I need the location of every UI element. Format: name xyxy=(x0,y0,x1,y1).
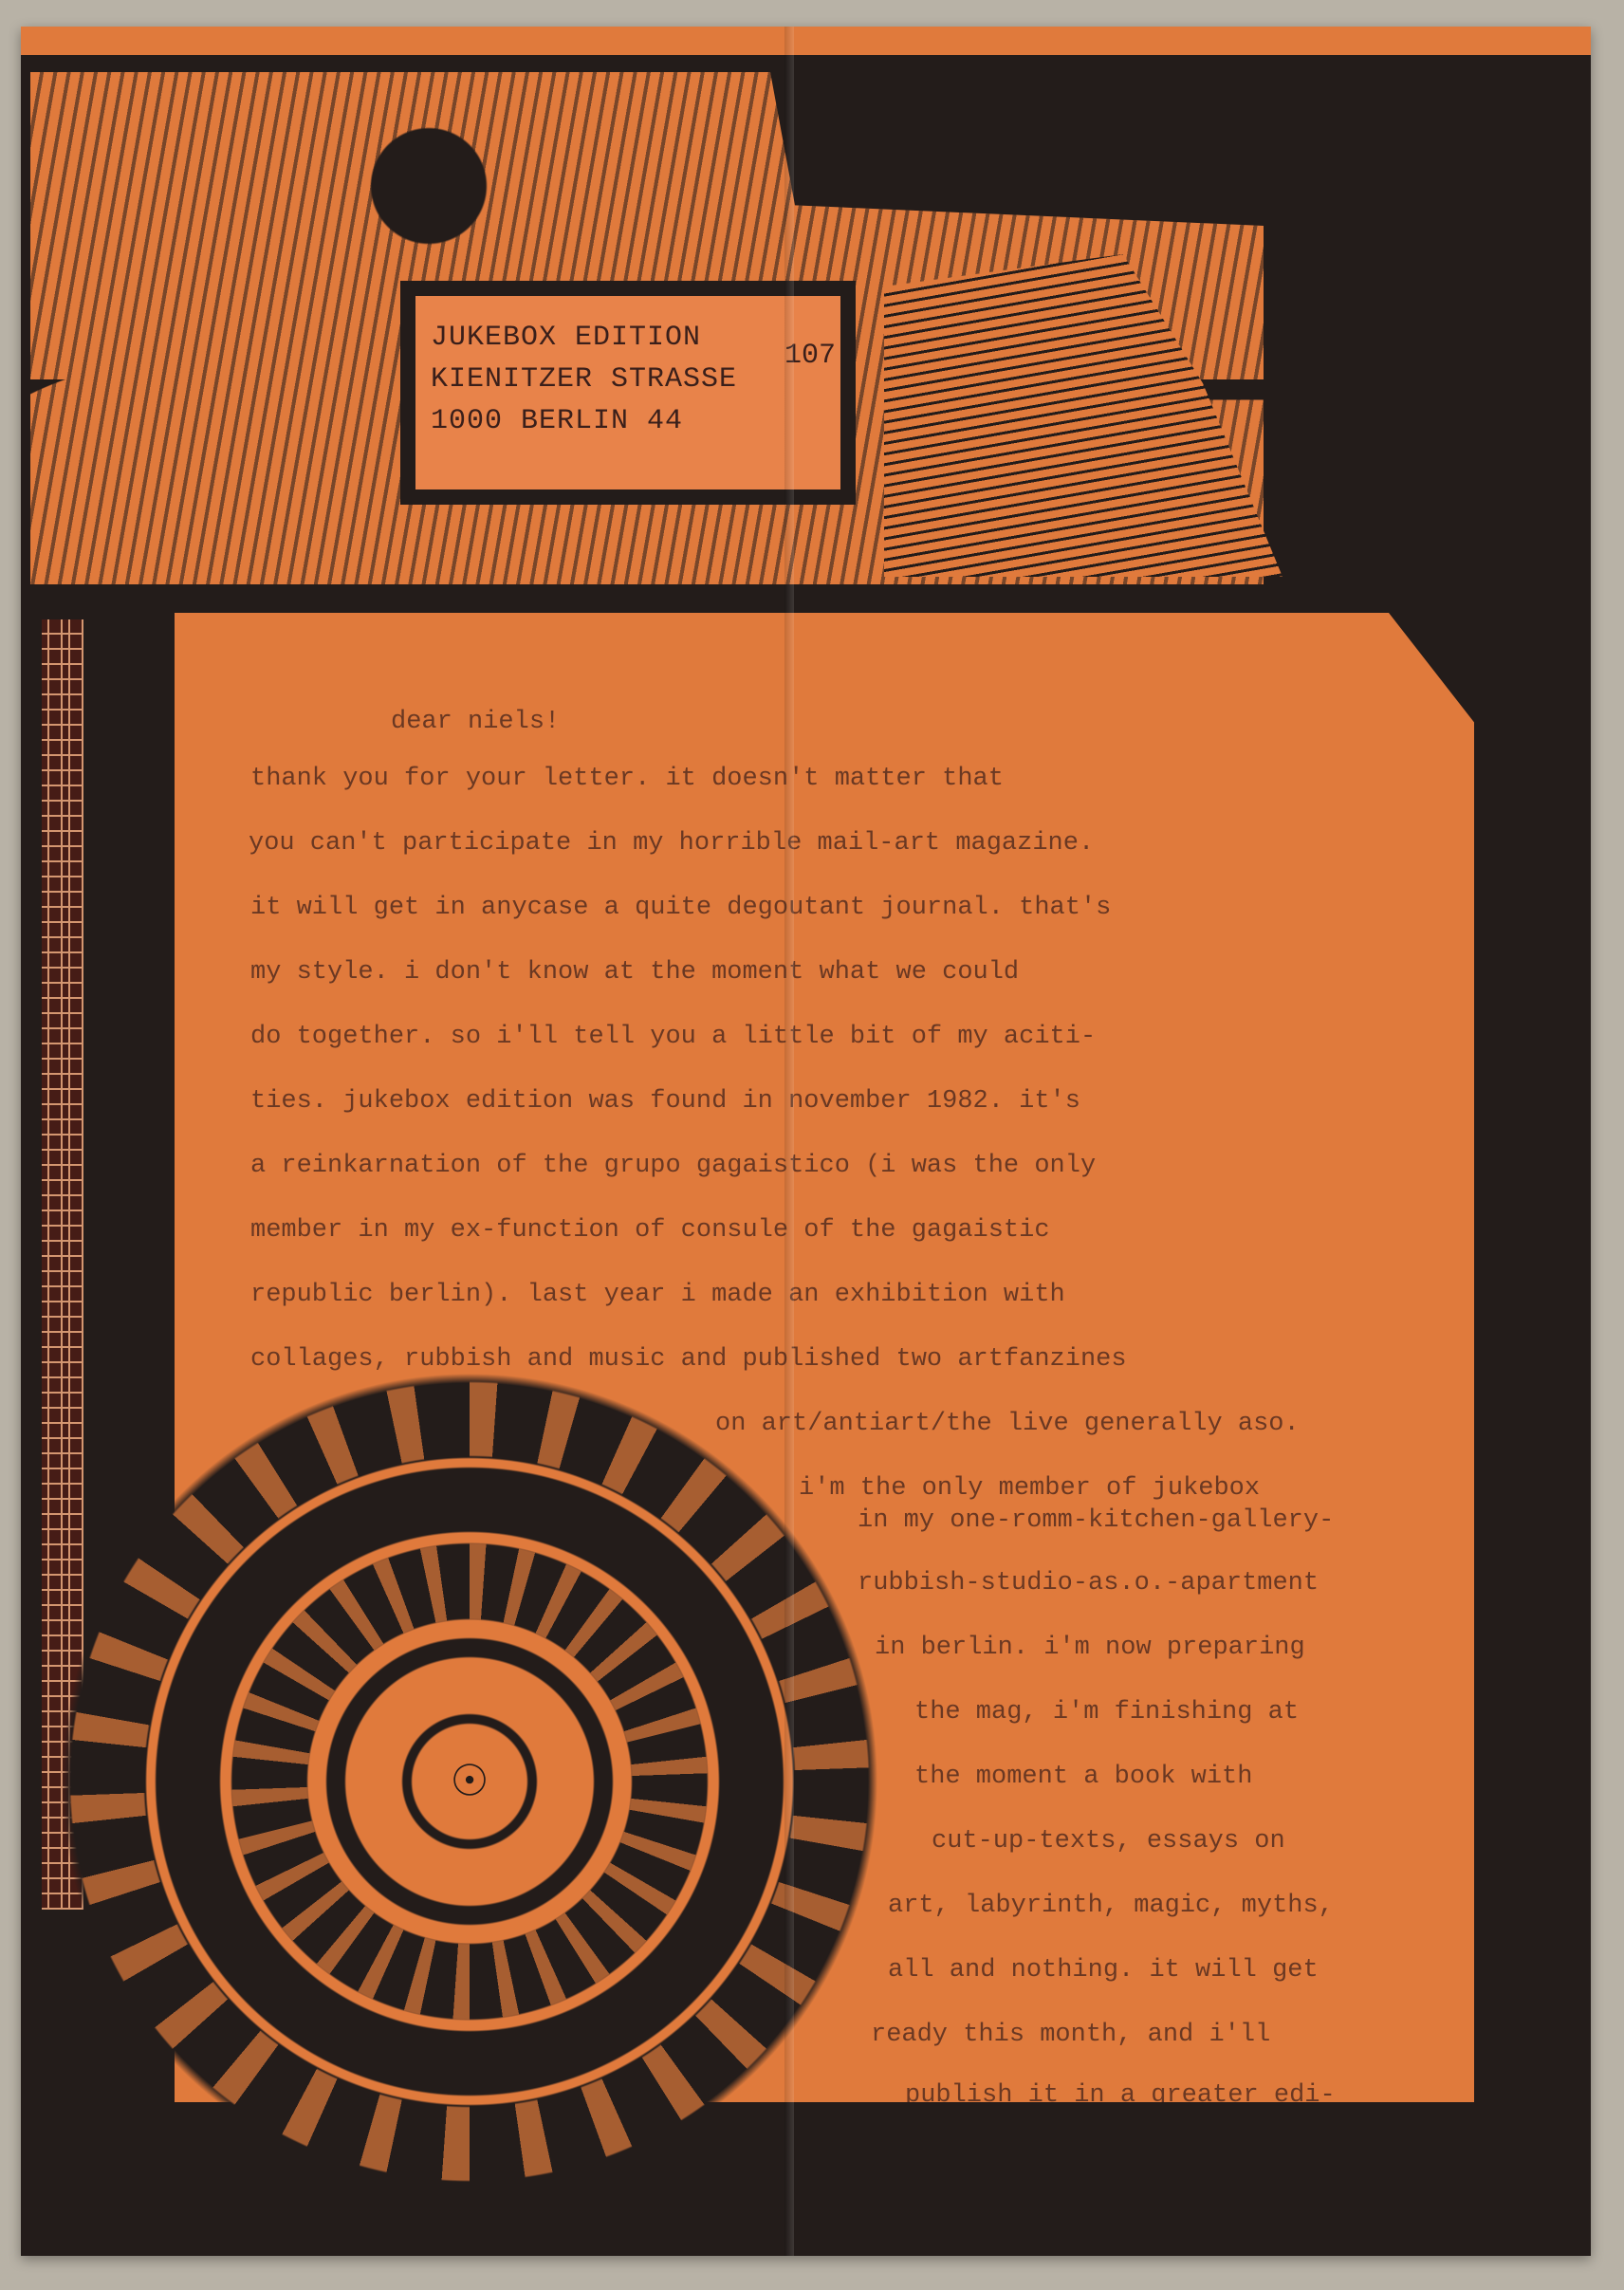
salutation: dear niels! xyxy=(391,708,560,736)
letter-line: collages, rubbish and music and publishe… xyxy=(250,1345,1127,1374)
letter-line: it will get in anycase a quite degoutant… xyxy=(250,894,1111,922)
letter-line: the moment a book with xyxy=(914,1763,1252,1791)
address-line-2: KIENITZER STRASSE xyxy=(431,359,825,400)
letter-line: all and nothing. it will get xyxy=(888,1956,1319,1985)
letter-line: cut-up-texts, essays on xyxy=(932,1827,1285,1856)
letter-line: member in my ex-function of consule of t… xyxy=(250,1216,1050,1245)
letter-line: ready this month, and i'll xyxy=(871,2021,1270,2049)
letter-line: do together. so i'll tell you a little b… xyxy=(250,1023,1096,1051)
letter-line: republic berlin). last year i made an ex… xyxy=(250,1281,1065,1309)
letter-line: on art/antiart/the live generally aso. xyxy=(715,1410,1300,1438)
paper-fold xyxy=(784,27,794,2256)
letter-line: rubbish-studio-as.o.-apartment xyxy=(858,1569,1319,1597)
sun-face-icon: ☉ xyxy=(432,1744,507,1819)
letter-line: art, labyrinth, magic, myths, xyxy=(888,1892,1334,1920)
letter-sheet: JUKEBOX EDITION KIENITZER STRASSE 1000 B… xyxy=(21,27,1591,2256)
letter-line: the mag, i'm finishing at xyxy=(914,1698,1299,1727)
letter-line: i'm the only member of jukebox xyxy=(799,1474,1260,1503)
letter-line: a reinkarnation of the grupo gagaistico … xyxy=(250,1152,1096,1180)
letter-line: thank you for your letter. it doesn't ma… xyxy=(250,765,1004,793)
address-line-1: JUKEBOX EDITION xyxy=(431,317,825,359)
letter-line: my style. i don't know at the moment wha… xyxy=(250,958,1019,987)
address-line-3: 1000 BERLIN 44 xyxy=(431,400,825,442)
letter-line: ties. jukebox edition was found in novem… xyxy=(250,1087,1080,1116)
address-label: JUKEBOX EDITION KIENITZER STRASSE 1000 B… xyxy=(415,296,840,489)
letter-line: in my one-romm-kitchen-gallery- xyxy=(858,1506,1334,1535)
letter-line: in berlin. i'm now preparing xyxy=(875,1634,1305,1662)
top-orange-band xyxy=(21,27,1591,55)
letter-line: publish it in a greater edi- xyxy=(905,2081,1336,2110)
letter-line: you can't participate in my horrible mai… xyxy=(249,829,1094,858)
